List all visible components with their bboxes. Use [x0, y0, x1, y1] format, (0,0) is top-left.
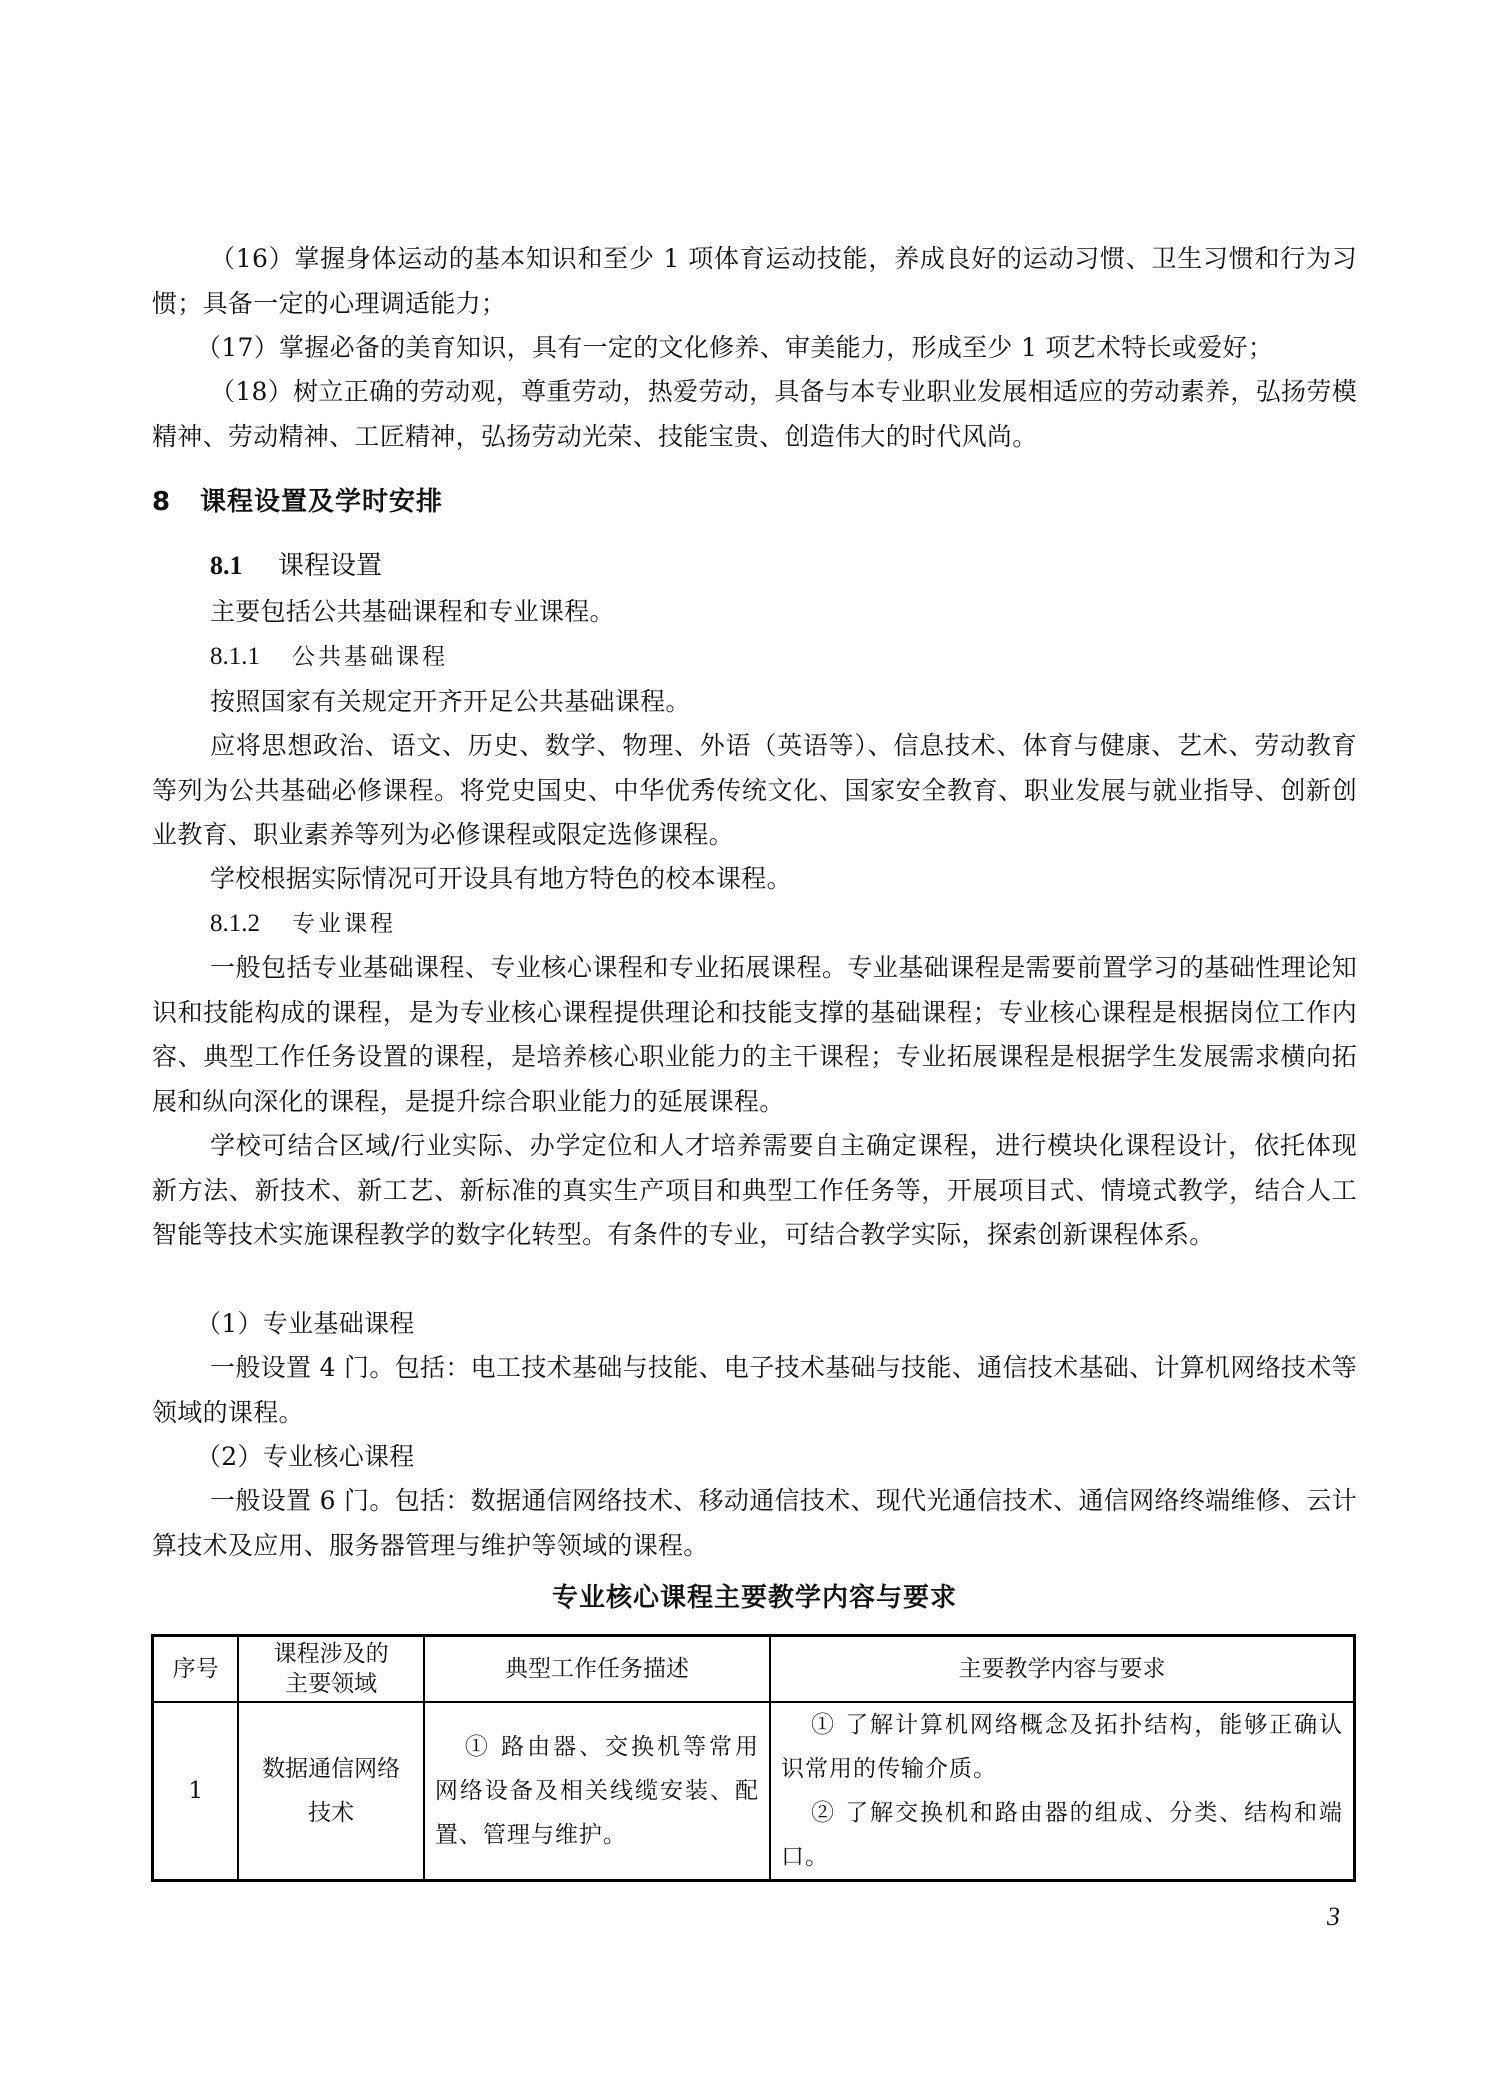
cell-content: ① 了解计算机网络概念及拓扑结构，能够正确认识常用的传输介质。 ② 了解交换机和…: [770, 1702, 1354, 1881]
paragraph-public-3: 学校根据实际情况可开设具有地方特色的校本课程。: [152, 857, 1357, 902]
table-title: 专业核心课程主要教学内容与要求: [152, 1578, 1357, 1618]
document-page: （16）掌握身体运动的基本知识和至少 1 项体育运动技能，养成良好的运动习惯、卫…: [0, 0, 1503, 2094]
section-number: 8.1: [210, 546, 278, 586]
header-content: 主要教学内容与要求: [770, 1636, 1354, 1703]
paragraph-professional-2: 学校可结合区域/行业实际、办学定位和人才培养需要自主确定课程，进行模块化课程设计…: [152, 1124, 1357, 1258]
section-number: 8.1.2: [210, 904, 292, 944]
cell-area-line2: 技术: [249, 1791, 413, 1835]
header-area-line1: 课程涉及的: [249, 1639, 413, 1669]
cell-area: 数据通信网络 技术: [238, 1702, 424, 1881]
header-area: 课程涉及的 主要领域: [238, 1636, 424, 1703]
section-heading-8-1-1: 8.1.1公共基础课程: [210, 636, 448, 677]
cell-area-line1: 数据通信网络: [249, 1747, 413, 1791]
cell-tasks: ① 路由器、交换机等常用网络设备及相关线缆安装、配置、管理与维护。: [424, 1702, 770, 1881]
paragraph-public-1: 按照国家有关规定开齐开足公共基础课程。: [152, 680, 1357, 725]
section-number: 8.1.1: [210, 637, 292, 677]
section-number: 8: [152, 482, 200, 522]
core-courses-table: 序号 课程涉及的 主要领域 典型工作任务描述 主要教学内容与要求 1 数据通信网…: [151, 1634, 1356, 1882]
section-title: 课程设置及学时安排: [200, 487, 443, 517]
section-title: 专业课程: [292, 911, 396, 937]
section-title: 课程设置: [278, 551, 382, 581]
section-8-1-intro: 主要包括公共基础课程和专业课程。: [152, 590, 1357, 635]
header-tasks: 典型工作任务描述: [424, 1636, 770, 1703]
basic-courses-text: 一般设置 4 门。包括：电工技术基础与技能、电子技术基础与技能、通信技术基础、计…: [152, 1346, 1357, 1435]
section-title: 公共基础课程: [292, 644, 448, 670]
page-number: 3: [1327, 1902, 1340, 1932]
paragraph-item-16: （16）掌握身体运动的基本知识和至少 1 项体育运动技能，养成良好的运动习惯、卫…: [152, 237, 1357, 326]
header-area-line2: 主要领域: [249, 1669, 413, 1699]
paragraph-item-17: （17）掌握必备的美育知识，具有一定的文化修养、审美能力，形成至少 1 项艺术特…: [152, 326, 1357, 371]
table-header-row: 序号 课程涉及的 主要领域 典型工作任务描述 主要教学内容与要求: [153, 1636, 1355, 1703]
task-item: ① 路由器、交换机等常用网络设备及相关线缆安装、配置、管理与维护。: [435, 1725, 759, 1857]
section-heading-8: 8课程设置及学时安排: [152, 482, 443, 522]
core-courses-text: 一般设置 6 门。包括：数据通信网络技术、移动通信技术、现代光通信技术、通信网络…: [152, 1479, 1357, 1568]
content-item: ② 了解交换机和路由器的组成、分类、结构和端口。: [781, 1791, 1343, 1879]
content-item: ① 了解计算机网络概念及拓扑结构，能够正确认识常用的传输介质。: [781, 1703, 1343, 1791]
core-courses-heading: （2）专业核心课程: [152, 1435, 1357, 1480]
cell-no: 1: [153, 1702, 239, 1881]
section-heading-8-1: 8.1课程设置: [210, 546, 382, 586]
header-no: 序号: [153, 1636, 239, 1703]
section-heading-8-1-2: 8.1.2专业课程: [210, 903, 396, 944]
paragraph-professional-1: 一般包括专业基础课程、专业核心课程和专业拓展课程。专业基础课程是需要前置学习的基…: [152, 946, 1357, 1124]
basic-courses-heading: （1）专业基础课程: [152, 1302, 1357, 1347]
paragraph-public-2: 应将思想政治、语文、历史、数学、物理、外语（英语等）、信息技术、体育与健康、艺术…: [152, 724, 1357, 858]
paragraph-item-18: （18）树立正确的劳动观，尊重劳动，热爱劳动，具备与本专业职业发展相适应的劳动素…: [152, 370, 1357, 459]
table-row: 1 数据通信网络 技术 ① 路由器、交换机等常用网络设备及相关线缆安装、配置、管…: [153, 1702, 1355, 1881]
